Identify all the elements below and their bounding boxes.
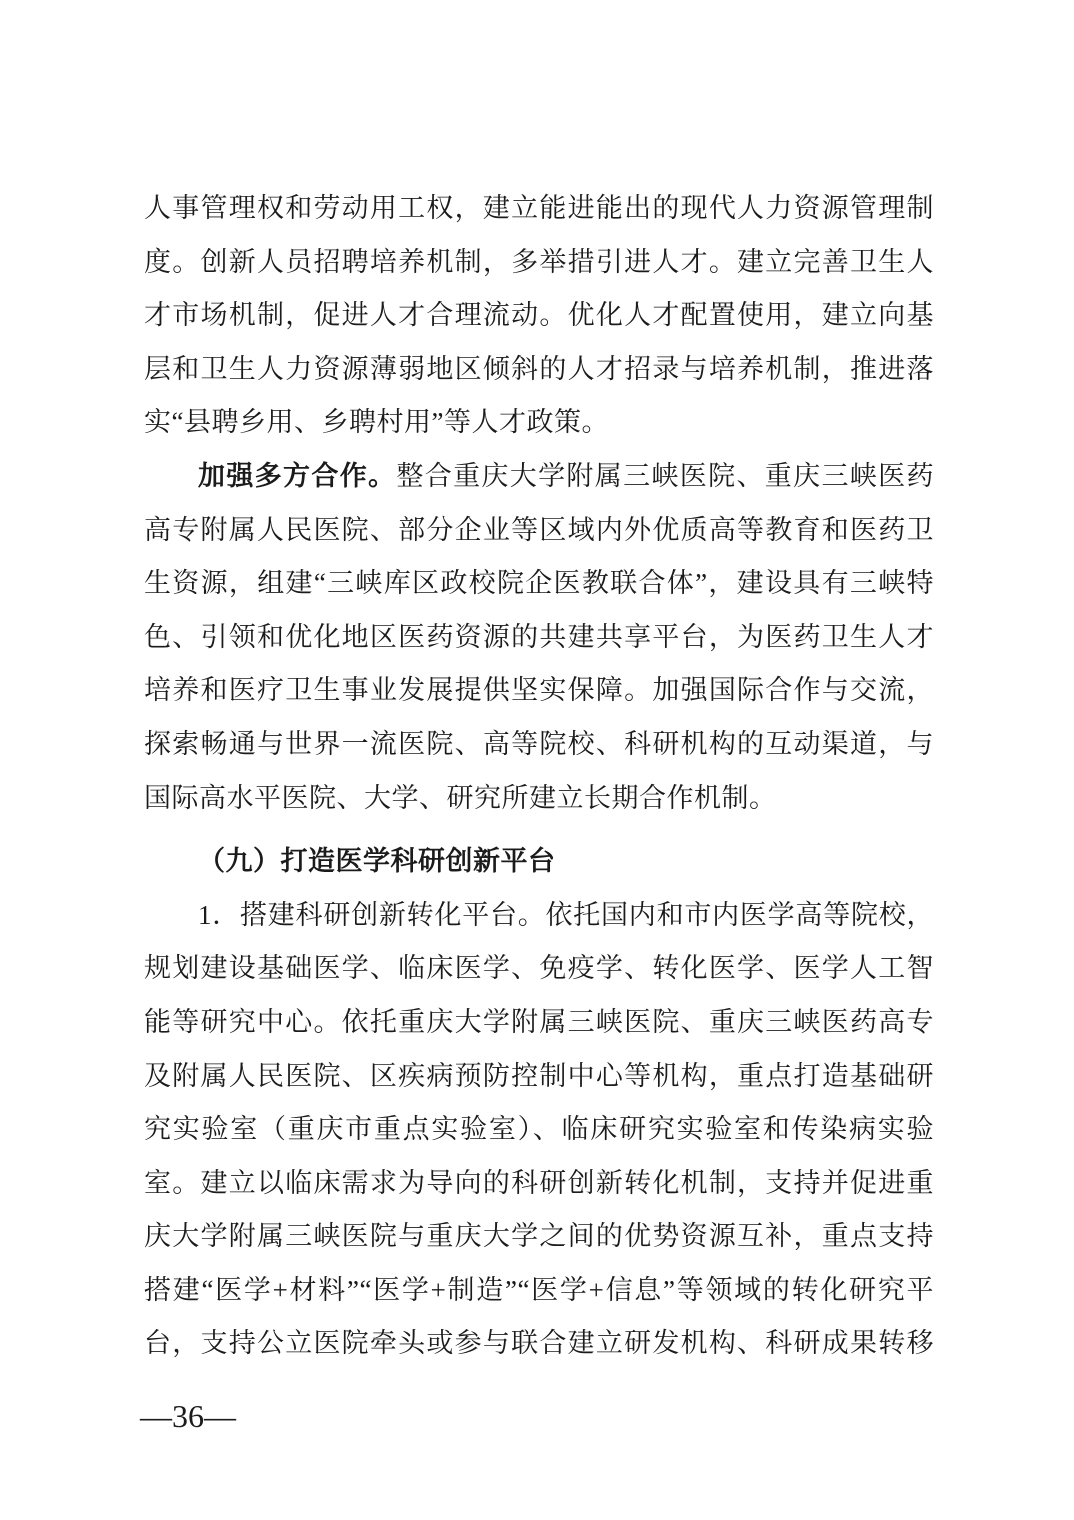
text-line: 1．搭建科研创新转化平台。依托国内和市内医学高等院校， xyxy=(144,889,934,943)
section-heading: （九）打造医学科研创新平台 xyxy=(144,835,934,889)
page-number: —36— xyxy=(140,1394,236,1438)
document-page: 人事管理权和劳动用工权，建立能进能出的现代人力资源管理制 度。创新人员招聘培养机… xyxy=(0,0,1074,1520)
text-line-rest: 整合重庆大学附属三峡医院、重庆三峡医药 xyxy=(396,461,934,491)
text-line: 庆大学附属三峡医院与重庆大学之间的优势资源互补，重点支持 xyxy=(144,1210,934,1264)
text-line: 探索畅通与世界一流医院、高等院校、科研机构的互动渠道，与 xyxy=(144,718,934,772)
text-line: 人事管理权和劳动用工权，建立能进能出的现代人力资源管理制 xyxy=(144,182,934,236)
text-line: 室。建立以临床需求为导向的科研创新转化机制，支持并促进重 xyxy=(144,1157,934,1211)
text-line: 台，支持公立医院牵头或参与联合建立研发机构、科研成果转移 xyxy=(144,1317,934,1371)
text-line: 搭建“医学+材料”“医学+制造”“医学+信息”等领域的转化研究平 xyxy=(144,1264,934,1318)
text-line: 及附属人民医院、区疾病预防控制中心等机构，重点打造基础研 xyxy=(144,1050,934,1104)
text-line: 高专附属人民医院、部分企业等区域内外优质高等教育和医药卫 xyxy=(144,504,934,558)
document-body: 人事管理权和劳动用工权，建立能进能出的现代人力资源管理制 度。创新人员招聘培养机… xyxy=(144,182,934,1371)
text-line: 能等研究中心。依托重庆大学附属三峡医院、重庆三峡医药高专 xyxy=(144,996,934,1050)
text-line: 究实验室（重庆市重点实验室）、临床研究实验室和传染病实验 xyxy=(144,1103,934,1157)
text-line: 生资源，组建“三峡库区政校院企医教联合体”，建设具有三峡特 xyxy=(144,557,934,611)
bold-lead-phrase: 加强多方合作。 xyxy=(198,461,396,491)
text-line: 实“县聘乡用、乡聘村用”等人才政策。 xyxy=(144,396,934,450)
text-line: 培养和医疗卫生事业发展提供坚实保障。加强国际合作与交流， xyxy=(144,664,934,718)
text-line: 度。创新人员招聘培养机制，多举措引进人才。建立完善卫生人 xyxy=(144,236,934,290)
text-line: 层和卫生人力资源薄弱地区倾斜的人才招录与培养机制，推进落 xyxy=(144,343,934,397)
text-line: 才市场机制，促进人才合理流动。优化人才配置使用，建立向基 xyxy=(144,289,934,343)
text-line: 规划建设基础医学、临床医学、免疫学、转化医学、医学人工智 xyxy=(144,942,934,996)
text-line: 国际高水平医院、大学、研究所建立长期合作机制。 xyxy=(144,772,934,826)
text-line: 色、引领和优化地区医药资源的共建共享平台，为医药卫生人才 xyxy=(144,611,934,665)
text-line: 加强多方合作。整合重庆大学附属三峡医院、重庆三峡医药 xyxy=(144,450,934,504)
